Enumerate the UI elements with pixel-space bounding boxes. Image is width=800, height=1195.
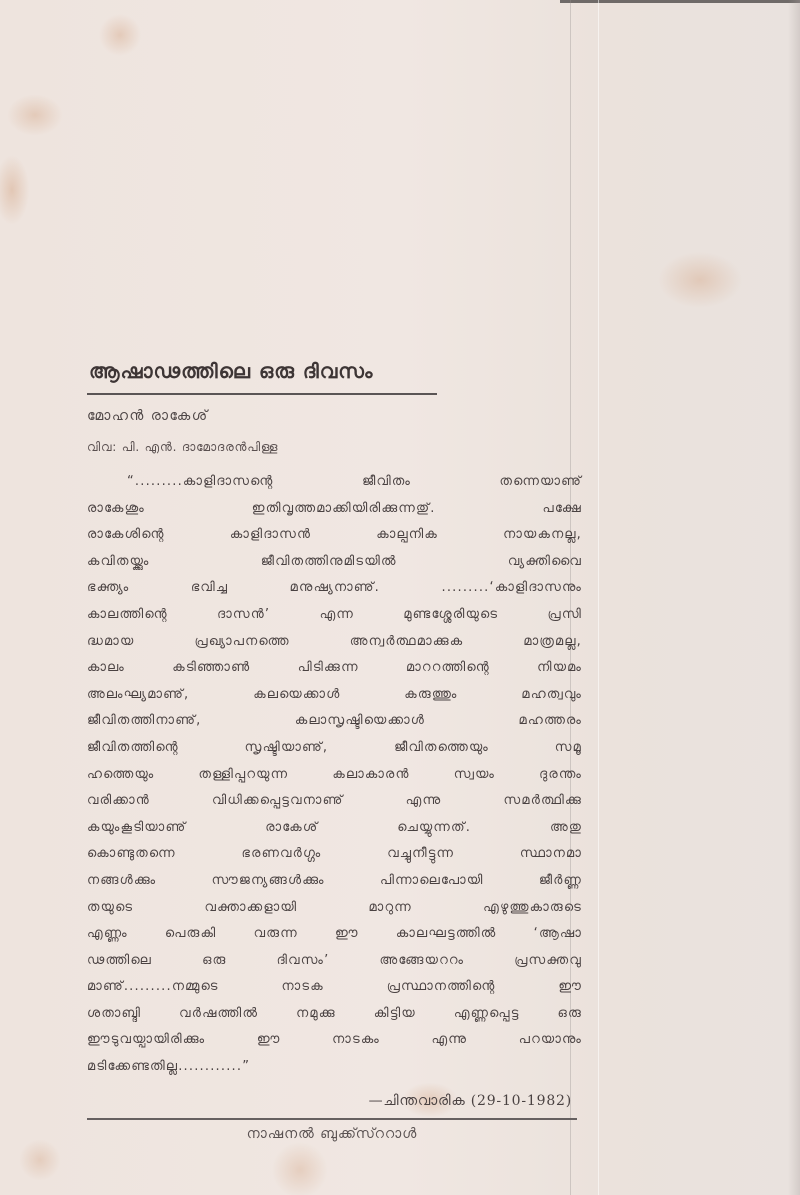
quote-line: നങ്ങൾക്കും സൗജന്യങ്ങൾക്കും പിന്നാലെപോയി … (87, 868, 582, 895)
quote-line: കാലത്തിന്റെ ദാസൻ’ എന്ന മുണ്ടശ്ശേരിയുടെ പ… (87, 602, 582, 629)
quote-line: മാണു്.........നമ്മുടെ നാടക പ്രസ്ഥാനത്തിന… (87, 974, 582, 1001)
quote-line: മടിക്കേണ്ടതില്ല............” (87, 1054, 582, 1081)
quote-line: രാകേശിന്റെ കാളിദാസൻ കാല്പനിക നായകനല്ല, (87, 522, 582, 549)
back-cover-blurb: ആഷാഢത്തിലെ ഒരു ദിവസം മോഹൻ രാകേശ് വിവ: പി… (87, 357, 582, 1109)
review-source: —ചിന്തവാരിക (29-10-1982) (87, 1093, 582, 1109)
cover-edge-shadow (788, 0, 800, 1195)
quote-line: ഈടുവയ്പായിരിക്കും ഈ നാടകം എന്നു പറയാനും (87, 1027, 582, 1054)
quote-line: തയുടെ വക്താക്കളായി മാറുന്ന എഴുത്തുകാരുടെ (87, 895, 582, 922)
quote-line: കയുംകൂടിയാണു് രാകേശ് ചെയ്യുന്നത്. അതു (87, 815, 582, 842)
cover-top-edge (560, 0, 800, 3)
footer-rule (87, 1118, 577, 1120)
quote-line: അലംഘ്യമാണു്, കലയെക്കാൾ കരുത്തും മഹത്വവും (87, 682, 582, 709)
quote-line: വരിക്കാൻ വിധിക്കപ്പെട്ടവനാണു് എന്നു സമർത… (87, 788, 582, 815)
spine-fold-highlight (598, 0, 599, 1195)
quote-line: രാകേശും ഇതിവൃത്തമാക്കിയിരിക്കുന്നതു്. പക… (87, 496, 582, 523)
book-title: ആഷാഢത്തിലെ ഒരു ദിവസം (87, 357, 582, 385)
quote-line: ഭക്ത്യം ഭവിച്ച മനുഷ്യനാണു്. .........‘കാ… (87, 575, 582, 602)
review-quote: “.........കാളിദാസന്റെ ജീവിതം തന്നെയാണു്ര… (87, 469, 582, 1081)
quote-line: എണ്ണം പെരുകി വരുന്ന ഈ കാലഘട്ടത്തിൽ ‘ആഷാ (87, 921, 582, 948)
quote-line: കവിതയ്ക്കും ജീവിതത്തിനുമിടയിൽ വ്യക്തിവൈ (87, 549, 582, 576)
quote-line: ഹത്തെയും തള്ളിപ്പറയുന്ന കലാകാരൻ സ്വയം ദു… (87, 762, 582, 789)
quote-line: കൊണ്ടുതന്നെ ഭരണവർഗ്ഗം വച്ചുനീട്ടുന്ന സ്ഥ… (87, 841, 582, 868)
quote-line: ഢത്തിലെ ഒരു ദിവസം’ അങ്ങേയററം പ്രസക്തവു (87, 948, 582, 975)
quote-line: ജീവിതത്തിനാണു്, കലാസൃഷ്ടിയെക്കാൾ മഹത്തരം (87, 708, 582, 735)
author-name: മോഹൻ രാകേശ് (87, 405, 582, 427)
quote-line: ജീവിതത്തിന്റെ സൃഷ്ടിയാണു്, ജീവിതത്തെയും … (87, 735, 582, 762)
quote-line: “.........കാളിദാസന്റെ ജീവിതം തന്നെയാണു് (87, 469, 582, 496)
quote-line: കാലം കടിഞ്ഞാൺ പിടിക്കുന്ന മാററത്തിന്റെ ന… (87, 655, 582, 682)
translator-credit: വിവ: പി. എൻ. ദാമോദരൻപിള്ള (87, 437, 582, 457)
publisher-name: നാഷനൽ ബുക്ക്സ്ററാൾ (87, 1126, 577, 1142)
title-underline (87, 393, 437, 395)
quote-line: ശതാബ്ദി വർഷത്തിൽ നമുക്കു കിട്ടിയ എണ്ണപ്പ… (87, 1001, 582, 1028)
quote-line: ദ്ധമായ പ്രഖ്യാപനത്തെ അന്വർത്ഥമാക്കുക മാത… (87, 629, 582, 656)
